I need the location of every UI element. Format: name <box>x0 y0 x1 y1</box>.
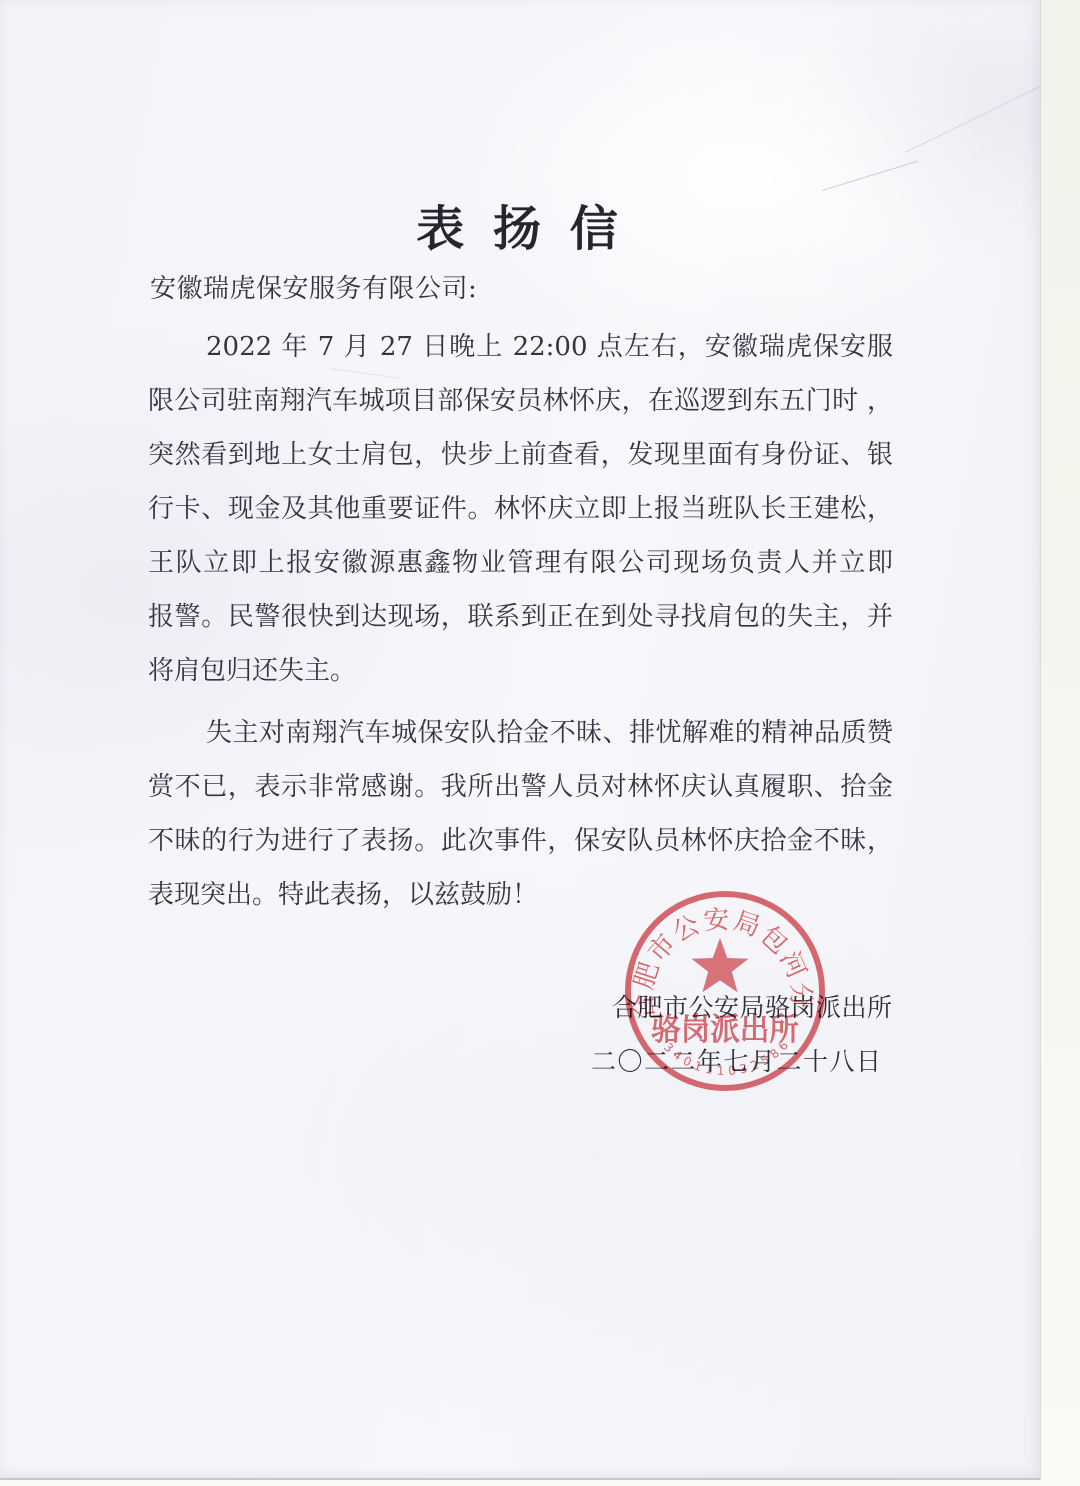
letter-line: 赏不已，表示非常感谢。我所出警人员对林怀庆认真履职、拾金 <box>148 760 893 814</box>
paper-crease <box>905 86 1040 153</box>
paper-crease <box>822 161 918 191</box>
official-seal-graphic: 合肥市公安局包河分局 骆岗派出所 340111032586 <box>620 886 832 1098</box>
official-seal: 合肥市公安局包河分局 骆岗派出所 340111032586 <box>620 886 832 1098</box>
letter-line: 限公司驻南翔汽车城项目部保安员林怀庆，在巡逻到东五门时 ， <box>148 374 893 428</box>
letter-line: 失主对南翔汽车城保安队拾金不昧、排忧解难的精神品质赞 <box>148 706 893 760</box>
letter-line: 突然看到地上女士肩包，快步上前查看，发现里面有身份证、银 <box>148 428 893 482</box>
letter-title: 表 扬 信 <box>416 190 623 259</box>
letter-paragraph-1: 2022 年 7 月 27 日晚上 22:00 点左右，安徽瑞虎保安服务有 限公… <box>148 320 893 698</box>
letter-paper: 表 扬 信 安徽瑞虎保安服务有限公司: 2022 年 7 月 27 日晚上 22… <box>0 0 1041 1480</box>
scanned-page: 表 扬 信 安徽瑞虎保安服务有限公司: 2022 年 7 月 27 日晚上 22… <box>0 0 1080 1486</box>
letter-line: 不昧的行为进行了表扬。此次事件，保安队员林怀庆拾金不昧， <box>148 814 893 868</box>
letter-line: 报警。民警很快到达现场，联系到正在到处寻找肩包的失主，并 <box>148 590 893 644</box>
star-icon <box>692 938 749 992</box>
letter-line: 王队立即上报安徽源惠鑫物业管理有限公司现场负责人并立即 <box>148 536 893 590</box>
letter-line: 将肩包归还失主。 <box>148 644 893 698</box>
letter-salutation: 安徽瑞虎保安服务有限公司: <box>150 268 477 305</box>
letter-line: 2022 年 7 月 27 日晚上 22:00 点左右，安徽瑞虎保安服务有 <box>148 320 893 374</box>
letter-line: 行卡、现金及其他重要证件。林怀庆立即上报当班队长王建松， <box>148 482 893 536</box>
